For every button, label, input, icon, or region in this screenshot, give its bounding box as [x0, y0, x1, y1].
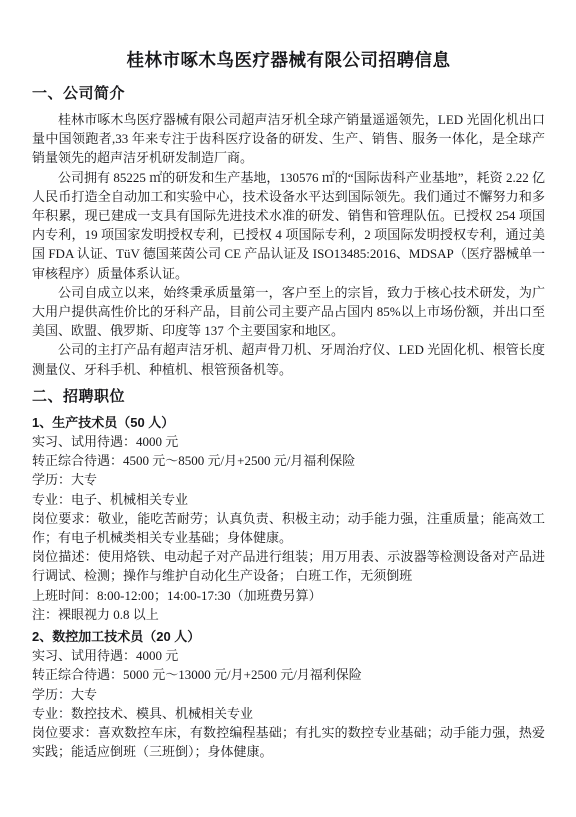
job-1-block: 1、生产技术员（50 人） 实习、试用待遇：4000 元 转正综合待遇：4500… [32, 413, 545, 624]
job-1-major: 专业：电子、机械相关专业 [32, 490, 545, 509]
job-2-regular-pay: 转正综合待遇：5000 元～13000 元/月+2500 元/月福利保险 [32, 665, 545, 684]
document-page: 桂林市啄木鸟医疗器械有限公司招聘信息 一、公司简介 桂林市啄木鸟医疗器械有限公司… [0, 0, 576, 817]
job-1-title: 1、生产技术员（50 人） [32, 413, 545, 432]
section-heading-company-profile: 一、公司简介 [32, 84, 545, 104]
job-1-work-hours: 上班时间：8:00-12:00；14:00-17:30（加班费另算） [32, 586, 545, 605]
company-intro-paragraph-3: 公司自成立以来，始终秉承质量第一，客户至上的宗旨，致力于核心技术研发，为广大用户… [32, 283, 545, 341]
job-1-regular-pay: 转正综合待遇：4500 元～8500 元/月+2500 元/月福利保险 [32, 451, 545, 470]
company-intro-paragraph-2: 公司拥有 85225 ㎡的研发和生产基地，130576 ㎡的“国际齿科产业基地”… [32, 168, 545, 283]
job-2-internship-pay: 实习、试用待遇：4000 元 [32, 646, 545, 665]
company-intro-paragraph-1: 桂林市啄木鸟医疗器械有限公司超声洁牙机全球产销量遥遥领先，LED 光固化机出口量… [32, 110, 545, 168]
section-heading-positions: 二、招聘职位 [32, 387, 545, 407]
job-1-note: 注：裸眼视力 0.8 以上 [32, 605, 545, 624]
company-intro-paragraph-4: 公司的主打产品有超声洁牙机、超声骨刀机、牙周治疗仪、LED 光固化机、根管长度测… [32, 340, 545, 378]
job-2-education: 学历：大专 [32, 685, 545, 704]
job-2-requirements: 岗位要求：喜欢数控车床，有数控编程基础；有扎实的数控专业基础；动手能力强，热爱实… [32, 723, 545, 761]
job-2-block: 2、数控加工技术员（20 人） 实习、试用待遇：4000 元 转正综合待遇：50… [32, 627, 545, 761]
job-1-internship-pay: 实习、试用待遇：4000 元 [32, 432, 545, 451]
document-title: 桂林市啄木鸟医疗器械有限公司招聘信息 [32, 48, 545, 72]
job-2-title: 2、数控加工技术员（20 人） [32, 627, 545, 646]
job-1-description: 岗位描述：使用烙铁、电动起子对产品进行组装；用万用表、示波器等检测设备对产品进行… [32, 547, 545, 585]
job-1-requirements: 岗位要求：敬业，能吃苦耐劳；认真负责、积极主动；动手能力强，注重质量；能高效工作… [32, 509, 545, 547]
job-2-major: 专业：数控技术、模具、机械相关专业 [32, 704, 545, 723]
job-1-education: 学历：大专 [32, 470, 545, 489]
